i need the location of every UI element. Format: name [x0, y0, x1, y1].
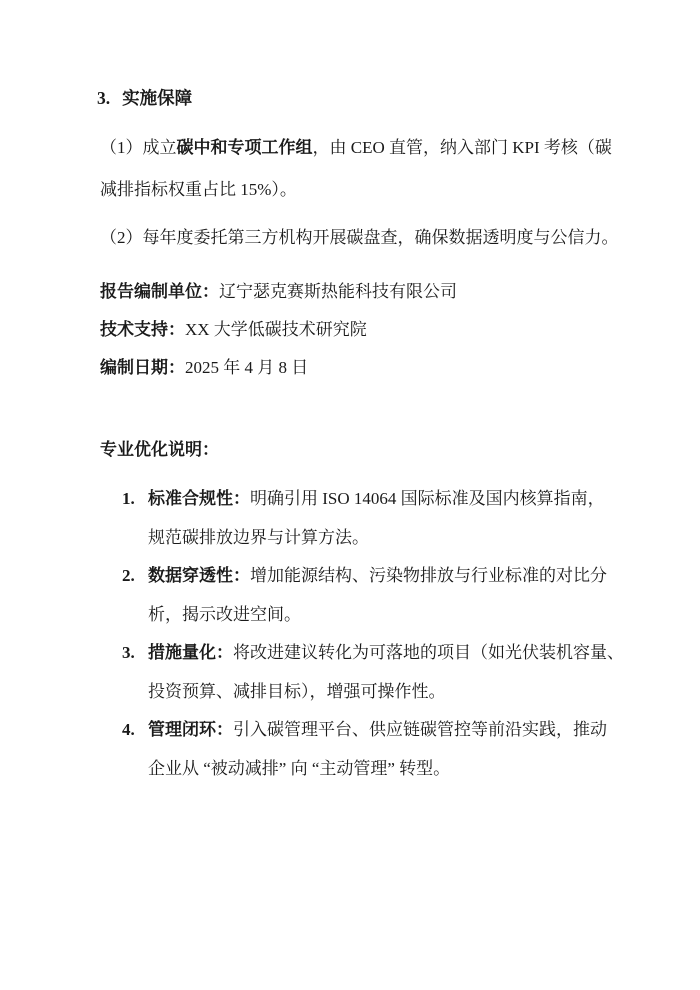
note-1-number: 1. [122, 480, 135, 519]
section-title: 实施保障 [122, 88, 192, 108]
meta-row-date: 编制日期：2025 年 4 月 8 日 [100, 349, 660, 387]
date-label: 编制日期： [100, 358, 185, 377]
note-item-4: 4.管理闭环：引入碳管理平台、供应链碳管控等前沿实践，推动 企业从 “被动减排”… [100, 711, 660, 788]
tech-support-label: 技术支持： [100, 320, 185, 339]
note-4-text: 引入碳管理平台、供应链碳管控等前沿实践，推动 [233, 720, 607, 739]
paragraph-work-group-line-2: 减排指标权重占比 15%）。 [100, 169, 660, 211]
section-heading: 3.实施保障 [97, 86, 192, 110]
note-1-line-2: 规范碳排放边界与计算方法。 [148, 519, 660, 558]
note-3-text: 将改进建议转化为可落地的项目（如光伏装机容量、 [233, 643, 624, 662]
section-number: 3. [97, 88, 110, 108]
note-3-line-1: 3.措施量化：将改进建议转化为可落地的项目（如光伏装机容量、 [148, 634, 660, 673]
note-item-2: 2.数据穿透性：增加能源结构、污染物排放与行业标准的对比分 析，揭示改进空间。 [100, 557, 660, 634]
paragraph-rest: ，由 CEO 直管，纳入部门 KPI 考核（碳 [313, 138, 612, 157]
meta-row-report-unit: 报告编制单位：辽宁瑟克赛斯热能科技有限公司 [100, 273, 660, 311]
note-1-text: 明确引用 ISO 14064 国际标准及国内核算指南， [250, 489, 605, 508]
tech-support-value: XX 大学低碳技术研究院 [185, 320, 367, 339]
note-4-line-1: 4.管理闭环：引入碳管理平台、供应链碳管控等前沿实践，推动 [148, 711, 660, 750]
notes-list: 1.标准合规性：明确引用 ISO 14064 国际标准及国内核算指南， 规范碳排… [100, 480, 660, 788]
note-4-line-2: 企业从 “被动减排” 向 “主动管理” 转型。 [148, 750, 660, 789]
meta-block: 报告编制单位：辽宁瑟克赛斯热能科技有限公司 技术支持：XX 大学低碳技术研究院 … [100, 273, 660, 387]
note-4-label: 管理闭环： [148, 720, 233, 739]
notes-heading: 专业优化说明： [100, 431, 219, 469]
paragraph-work-group: （1）成立碳中和专项工作组，由 CEO 直管，纳入部门 KPI 考核（碳 减排指… [100, 127, 660, 211]
note-2-number: 2. [122, 557, 135, 596]
paragraph-third-party: （2）每年度委托第三方机构开展碳盘查，确保数据透明度与公信力。 [100, 217, 660, 259]
note-3-number: 3. [122, 634, 135, 673]
note-2-line-2: 析，揭示改进空间。 [148, 596, 660, 635]
note-item-3: 3.措施量化：将改进建议转化为可落地的项目（如光伏装机容量、 投资预算、减排目标… [100, 634, 660, 711]
note-1-label: 标准合规性： [148, 489, 250, 508]
note-3-label: 措施量化： [148, 643, 233, 662]
note-2-label: 数据穿透性： [148, 566, 250, 585]
paragraph-emphasis: 碳中和专项工作组 [177, 138, 313, 157]
note-1-line-1: 1.标准合规性：明确引用 ISO 14064 国际标准及国内核算指南， [148, 480, 660, 519]
note-3-line-2: 投资预算、减排目标），增强可操作性。 [148, 673, 660, 712]
note-2-line-1: 2.数据穿透性：增加能源结构、污染物排放与行业标准的对比分 [148, 557, 660, 596]
meta-row-tech-support: 技术支持：XX 大学低碳技术研究院 [100, 311, 660, 349]
note-4-number: 4. [122, 711, 135, 750]
note-2-text: 增加能源结构、污染物排放与行业标准的对比分 [250, 566, 607, 585]
report-unit-value: 辽宁瑟克赛斯热能科技有限公司 [219, 282, 457, 301]
date-value: 2025 年 4 月 8 日 [185, 358, 308, 377]
paragraph-lead: （1）成立 [100, 138, 177, 157]
note-item-1: 1.标准合规性：明确引用 ISO 14064 国际标准及国内核算指南， 规范碳排… [100, 480, 660, 557]
paragraph-work-group-line-1: （1）成立碳中和专项工作组，由 CEO 直管，纳入部门 KPI 考核（碳 [100, 127, 660, 169]
report-unit-label: 报告编制单位： [100, 282, 219, 301]
document-page: 3.实施保障 （1）成立碳中和专项工作组，由 CEO 直管，纳入部门 KPI 考… [0, 0, 700, 990]
